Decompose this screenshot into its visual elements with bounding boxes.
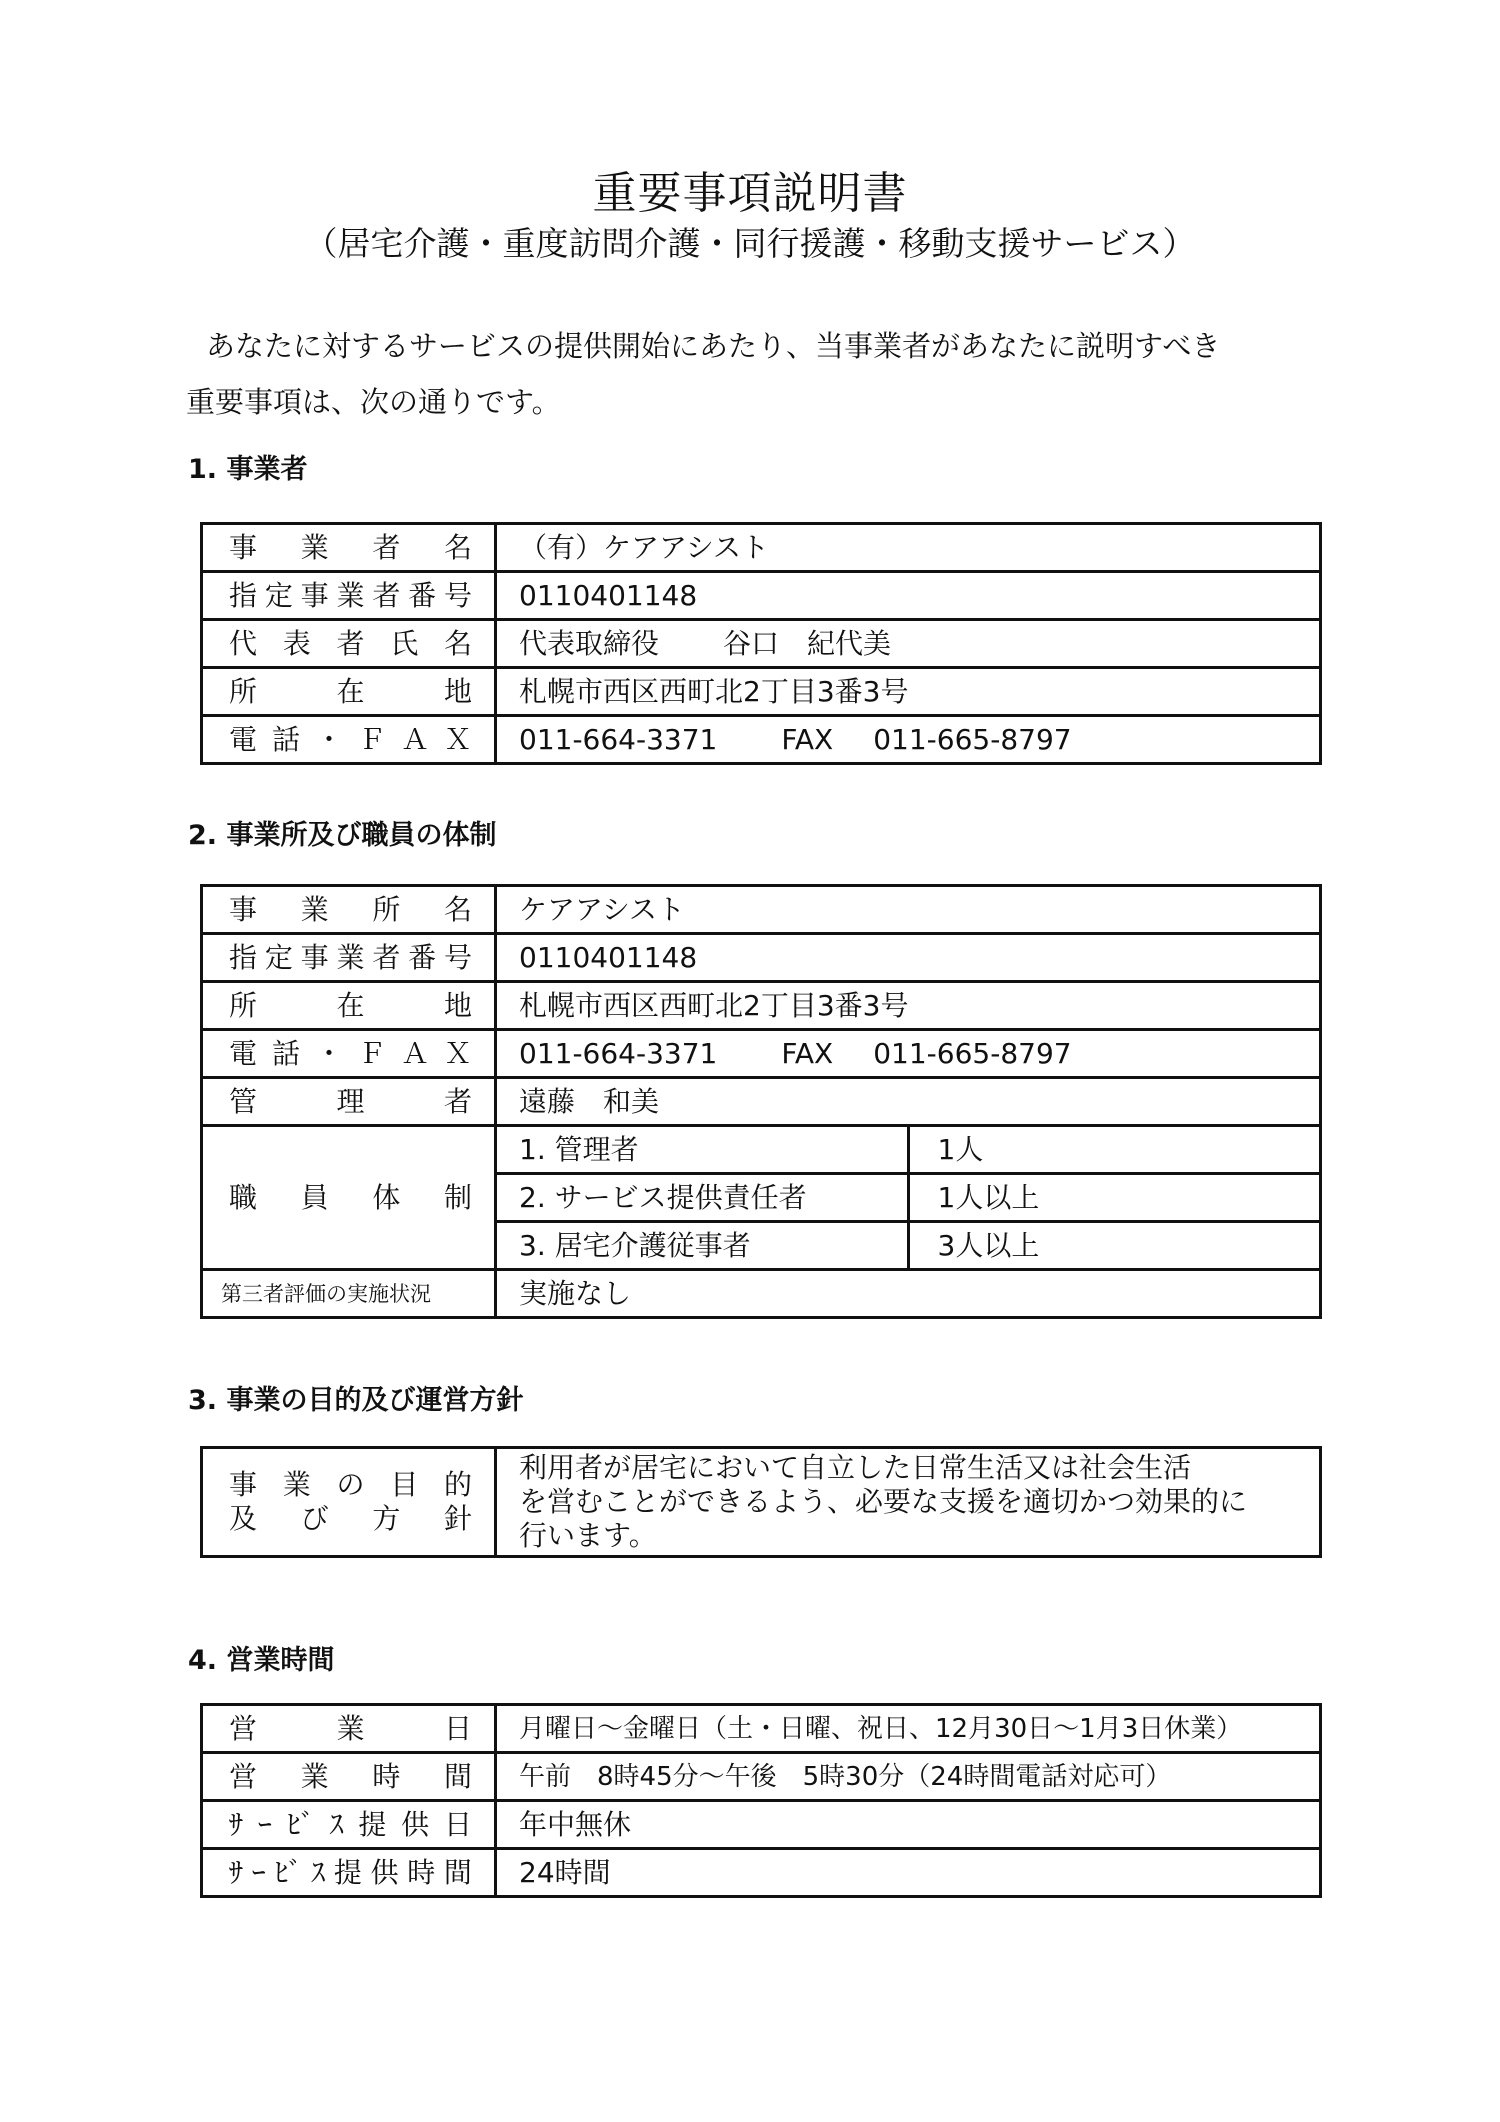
label-char: 業 [336,941,364,975]
table-row: 職員体制 1. 管理者 1人 [202,1126,1321,1174]
operator-name: （有）ケアアシスト [496,524,1321,572]
table-row: 事業の目的 及び方針 利用者が居宅において自立した日常生活又は社会生活 を営むこ… [202,1448,1321,1557]
section-1-heading: 1. 事業者 [188,452,307,488]
representative-title: 代表取締役 [519,627,659,660]
label-char: 者 [372,531,400,565]
row-label: 所在地 [202,668,496,716]
label-char: 業 [301,1760,329,1794]
label-char: 業 [283,1468,311,1502]
label-char: 供 [401,1808,429,1842]
purpose-policy-table: 事業の目的 及び方針 利用者が居宅において自立した日常生活又は社会生活 を営むこ… [200,1446,1322,1558]
label-char: 体 [372,1181,400,1215]
label-char: ・ [315,723,343,757]
label-char: 時 [407,1856,435,1890]
label-char: 話 [272,1037,300,1071]
table-row: ｻｰﾋﾞｽ提供時間 24時間 [202,1849,1321,1897]
label-char: 者 [372,579,400,613]
label-char: 定 [265,579,293,613]
office-name: ケアアシスト [496,886,1321,934]
business-operator-table: 事業者名 （有）ケアアシスト 指定事業者番号 0110401148 代表者氏名 … [200,522,1322,765]
label-char: 管 [229,1085,257,1119]
label-char: 職 [229,1181,257,1215]
label-char: 営 [229,1712,257,1746]
label-char: Ｘ [444,1037,472,1071]
label-char: 方 [372,1502,400,1536]
representative-name: 谷口 紀代美 [723,627,891,660]
fax-label: FAX [781,723,833,756]
label-char: 日 [444,1712,472,1746]
fax-number: 011-665-8797 [873,1037,1071,1070]
table-row: 管理者 遠藤 和美 [202,1078,1321,1126]
staff-label: 職員体制 [202,1126,496,1270]
row-label: 管理者 [202,1078,496,1126]
office-staff-table: 事業所名 ケアアシスト 指定事業者番号 0110401148 所在地 札幌市西区… [200,884,1322,1319]
phone-number: 011-664-3371 [519,1037,717,1070]
row-label: 指定事業者番号 [202,572,496,620]
staff-role: 2. サービス提供責任者 [496,1174,909,1222]
fax-label: FAX [781,1037,833,1070]
row-label: 営業日 [202,1705,496,1753]
business-hours: 午前 8時45分～午後 5時30分（24時間電話対応可） [496,1753,1321,1801]
staff-role: 3. 居宅介護従事者 [496,1222,909,1270]
label-char: ｰ [252,1856,266,1890]
label-char: 事 [229,1468,257,1502]
section-4-heading: 4. 営業時間 [188,1643,334,1679]
table-row: 代表者氏名 代表取締役谷口 紀代美 [202,620,1321,668]
label-char: 時 [372,1760,400,1794]
label-char: 事 [229,893,257,927]
label-char: 業 [301,531,329,565]
table-row: 所在地 札幌市西区西町北2丁目3番3号 [202,668,1321,716]
label-char: 業 [301,893,329,927]
label-char: 業 [336,1712,364,1746]
manager-name: 遠藤 和美 [496,1078,1321,1126]
label-char: 者 [372,941,400,975]
row-label: 所在地 [202,982,496,1030]
service-days: 年中無休 [496,1801,1321,1849]
label-char: 号 [444,579,472,613]
row-label: 電話・ＦＡＸ [202,1030,496,1078]
label-char: 所 [372,893,400,927]
intro-line-2: 重要事項は、次の通りです。 [186,374,1326,430]
row-label: 電話・ＦＡＸ [202,716,496,764]
evaluation-label: 第三者評価の実施状況 [202,1270,496,1318]
row-label: ｻｰﾋﾞｽ提供時間 [202,1849,496,1897]
label-char: 目 [390,1468,418,1502]
label-char: 定 [265,941,293,975]
label-char: Ａ [401,723,429,757]
section-3-heading: 3. 事業の目的及び運営方針 [188,1383,523,1419]
label-char: 者 [336,627,364,661]
label-char: 及 [229,1502,257,1536]
table-row: 事業者名 （有）ケアアシスト [202,524,1321,572]
phone-fax: 011-664-3371FAX011-665-8797 [496,716,1321,764]
table-row: 第三者評価の実施状況 実施なし [202,1270,1321,1318]
label-char: 間 [444,1760,472,1794]
section-2-heading: 2. 事業所及び職員の体制 [188,818,496,854]
label-char: 氏 [390,627,418,661]
label-char: 所 [229,675,257,709]
phone-fax: 011-664-3371FAX011-665-8797 [496,1030,1321,1078]
staff-count: 1人 [908,1126,1321,1174]
table-row: 電話・ＦＡＸ 011-664-3371FAX011-665-8797 [202,1030,1321,1078]
label-char: 番 [408,941,436,975]
label-char: 供 [371,1856,399,1890]
label-char: 号 [444,941,472,975]
table-row: 電話・ＦＡＸ 011-664-3371FAX011-665-8797 [202,716,1321,764]
label-char: 名 [444,531,472,565]
address: 札幌市西区西町北2丁目3番3号 [496,982,1321,1030]
row-label: 事業の目的 及び方針 [202,1448,496,1557]
table-row: 営業日 月曜日～金曜日（土・日曜、祝日、12月30日～1月3日休業） [202,1705,1321,1753]
label-char: 地 [444,989,472,1023]
row-label: 事業者名 [202,524,496,572]
label-char: ｰ [258,1808,272,1842]
document-title: 重要事項説明書 [0,168,1500,220]
label-char: 名 [444,627,472,661]
label-char: ｽ [329,1808,343,1842]
fax-number: 011-665-8797 [873,723,1071,756]
row-label: 指定事業者番号 [202,934,496,982]
label-char: 所 [229,989,257,1023]
row-label: 営業時間 [202,1753,496,1801]
table-row: 所在地 札幌市西区西町北2丁目3番3号 [202,982,1321,1030]
label-char: 在 [336,675,364,709]
label-char: 指 [229,941,257,975]
row-label: ｻｰﾋﾞｽ提供日 [202,1801,496,1849]
document-subtitle: （居宅介護・重度訪問介護・同行援護・移動支援サービス） [0,222,1500,266]
label-char: 針 [444,1502,472,1536]
business-days: 月曜日～金曜日（土・日曜、祝日、12月30日～1月3日休業） [496,1705,1321,1753]
label-char: 員 [301,1181,329,1215]
purpose-text: 利用者が居宅において自立した日常生活又は社会生活 を営むことができるよう、必要な… [496,1448,1321,1557]
label-char: 理 [336,1085,364,1119]
label-char: ﾋﾞ [287,1808,315,1842]
table-row: ｻｰﾋﾞｽ提供日 年中無休 [202,1801,1321,1849]
label-char: 的 [444,1468,472,1502]
staff-count: 3人以上 [908,1222,1321,1270]
representative: 代表取締役谷口 紀代美 [496,620,1321,668]
label-char: 事 [301,941,329,975]
label-char: の [336,1468,364,1502]
label-char: 電 [229,1037,257,1071]
spread-label: 事業者名 [229,531,472,565]
label-char: び [301,1502,329,1536]
label-char: ｽ [311,1856,325,1890]
label-char: ｻ [229,1808,243,1842]
label-char: 話 [272,723,300,757]
table-row: 指定事業者番号 0110401148 [202,572,1321,620]
label-char: ・ [315,1037,343,1071]
label-char: 指 [229,579,257,613]
label-char: 提 [334,1856,362,1890]
purpose-line: 利用者が居宅において自立した日常生活又は社会生活 [519,1451,1311,1485]
table-row: 指定事業者番号 0110401148 [202,934,1321,982]
row-label: 代表者氏名 [202,620,496,668]
label-char: ﾋﾞ [274,1856,302,1890]
address: 札幌市西区西町北2丁目3番3号 [496,668,1321,716]
label-char: 番 [408,579,436,613]
label-char: 業 [336,579,364,613]
intro-line-1: あなたに対するサービスの提供開始にあたり、当事業者があなたに説明すべき [206,329,1220,363]
label-char: 制 [444,1181,472,1215]
table-row: 事業所名 ケアアシスト [202,886,1321,934]
label-char: Ａ [401,1037,429,1071]
designation-number: 0110401148 [496,572,1321,620]
label-char: 者 [444,1085,472,1119]
label-char: ｻ [229,1856,243,1890]
purpose-line: を営むことができるよう、必要な支援を適切かつ効果的に [519,1485,1311,1519]
label-char: 日 [444,1808,472,1842]
label-char: 名 [444,893,472,927]
phone-number: 011-664-3371 [519,723,717,756]
label-char: 事 [229,531,257,565]
intro-paragraph: あなたに対するサービスの提供開始にあたり、当事業者があなたに説明すべき 重要事項… [186,318,1326,430]
label-char: 提 [358,1808,386,1842]
label-char: 事 [301,579,329,613]
label-char: 電 [229,723,257,757]
staff-count: 1人以上 [908,1174,1321,1222]
label-char: 代 [229,627,257,661]
label-char: 間 [444,1856,472,1890]
designation-number: 0110401148 [496,934,1321,982]
evaluation-value: 実施なし [496,1270,1321,1318]
label-char: 在 [336,989,364,1023]
table-row: 営業時間 午前 8時45分～午後 5時30分（24時間電話対応可） [202,1753,1321,1801]
service-hours: 24時間 [496,1849,1321,1897]
label-char: Ｆ [358,723,386,757]
purpose-line: 行います。 [519,1519,1311,1553]
label-char: Ｘ [444,723,472,757]
label-char: 営 [229,1760,257,1794]
staff-role: 1. 管理者 [496,1126,909,1174]
label-char: 地 [444,675,472,709]
label-char: 表 [283,627,311,661]
row-label: 事業所名 [202,886,496,934]
label-char: Ｆ [358,1037,386,1071]
business-hours-table: 営業日 月曜日～金曜日（土・日曜、祝日、12月30日～1月3日休業） 営業時間 … [200,1703,1322,1898]
